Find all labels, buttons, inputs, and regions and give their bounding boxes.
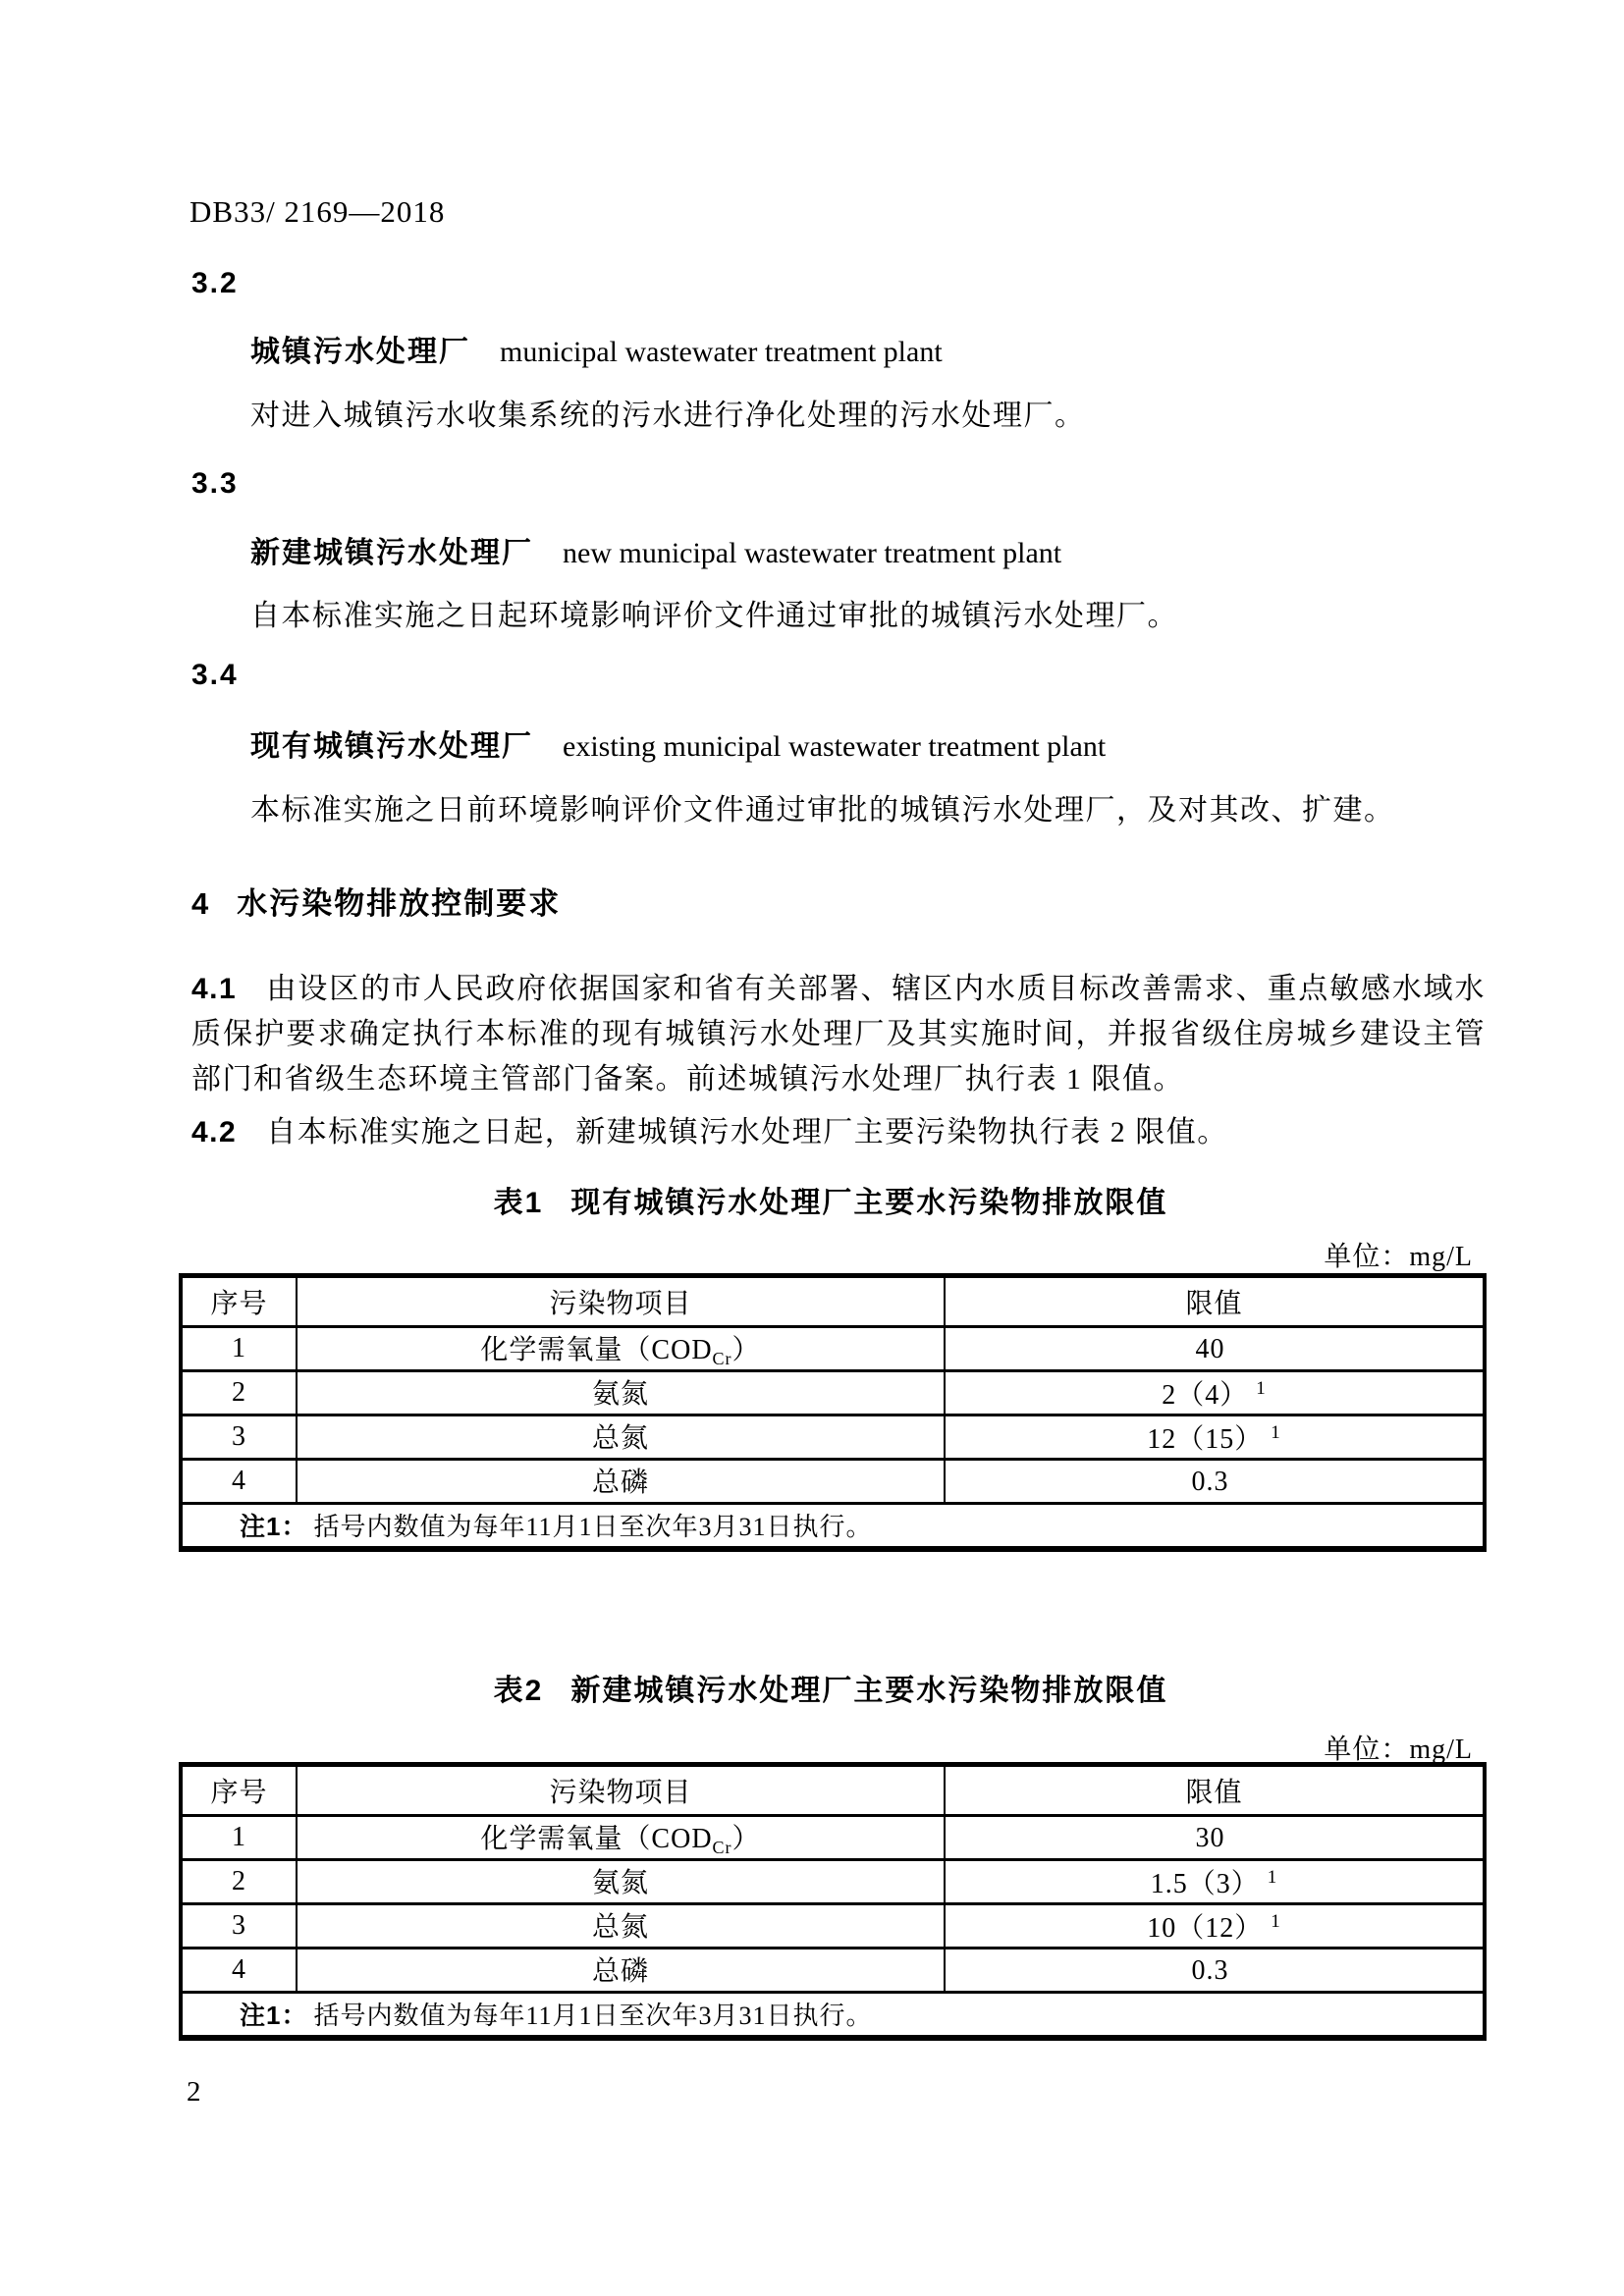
col-header-limit: 限值 xyxy=(945,1276,1485,1327)
col-header-limit: 限值 xyxy=(945,1765,1485,1816)
cell-limit: 40 xyxy=(945,1327,1485,1371)
cell-limit: 0.3 xyxy=(945,1949,1485,1993)
table-note: 注1：括号内数值为每年11月1日至次年3月31日执行。 xyxy=(181,1993,1485,2038)
cell-pollutant: 总磷 xyxy=(297,1949,945,1993)
clause-text: 自本标准实施之日起，新建城镇污水处理厂主要污染物执行表 2 限值。 xyxy=(266,1116,1228,1148)
section-number-3-3: 3.3 xyxy=(191,467,239,501)
chapter-number: 4 xyxy=(191,886,210,921)
cell-limit: 1.5（3）1 xyxy=(945,1860,1485,1904)
table1-title: 表1现有城镇污水处理厂主要水污染物排放限值 xyxy=(179,1178,1483,1221)
clause-number: 4.1 xyxy=(191,973,237,1005)
standard-code: DB33/ 2169—2018 xyxy=(189,194,445,230)
cell-limit: 2（4）1 xyxy=(945,1371,1485,1415)
col-header-pollutant: 污染物项目 xyxy=(297,1276,945,1327)
term-en: new municipal wastewater treatment plant xyxy=(563,537,1061,569)
cell-limit: 0.3 xyxy=(945,1460,1485,1504)
term-zh: 新建城镇污水处理厂 xyxy=(250,537,533,569)
chapter-title: 水污染物排放控制要求 xyxy=(237,886,561,921)
table-row: 1 化学需氧量（CODCr） 40 xyxy=(181,1327,1485,1371)
cell-limit: 30 xyxy=(945,1816,1485,1860)
table1-header-row: 序号 污染物项目 限值 xyxy=(181,1276,1485,1327)
table1-existing-plants-limits: 序号 污染物项目 限值 1 化学需氧量（CODCr） 40 2 氨氮 2（4）1… xyxy=(179,1273,1487,1552)
table1-title-text: 现有城镇污水处理厂主要水污染物排放限值 xyxy=(570,1187,1167,1219)
table-note: 注1：括号内数值为每年11月1日至次年3月31日执行。 xyxy=(181,1504,1485,1549)
page-number: 2 xyxy=(187,2076,201,2109)
cell-limit: 12（15）1 xyxy=(945,1415,1485,1460)
cell-seq: 4 xyxy=(181,1949,297,1993)
cell-pollutant: 总氮 xyxy=(297,1415,945,1460)
table2-note-row: 注1：括号内数值为每年11月1日至次年3月31日执行。 xyxy=(181,1993,1485,2038)
definition-3-2: 对进入城镇污水收集系统的污水进行净化处理的污水处理厂。 xyxy=(250,391,1086,434)
clause-4-1: 4.1由设区的市人民政府依据国家和省有关部署、辖区内水质目标改善需求、重点敏感水… xyxy=(191,967,1486,1102)
cell-seq: 2 xyxy=(181,1371,297,1415)
table-row: 3 总氮 12（15）1 xyxy=(181,1415,1485,1460)
term-line-3-3: 新建城镇污水处理厂new municipal wastewater treatm… xyxy=(250,528,1061,571)
table-row: 2 氨氮 2（4）1 xyxy=(181,1371,1485,1415)
col-header-seq: 序号 xyxy=(181,1765,297,1816)
col-header-pollutant: 污染物项目 xyxy=(297,1765,945,1816)
table-row: 3 总氮 10（12）1 xyxy=(181,1904,1485,1949)
table2-new-plants-limits: 序号 污染物项目 限值 1 化学需氧量（CODCr） 30 2 氨氮 1.5（3… xyxy=(179,1762,1487,2041)
clause-4-2: 4.2自本标准实施之日起，新建城镇污水处理厂主要污染物执行表 2 限值。 xyxy=(191,1110,1486,1155)
cell-pollutant: 氨氮 xyxy=(297,1860,945,1904)
table-row: 1 化学需氧量（CODCr） 30 xyxy=(181,1816,1485,1860)
table1-unit: 单位：mg/L xyxy=(179,1235,1483,1274)
clause-text: 由设区的市人民政府依据国家和省有关部署、辖区内水质目标改善需求、重点敏感水域水质… xyxy=(191,973,1486,1095)
cell-pollutant: 化学需氧量（CODCr） xyxy=(297,1327,945,1371)
section-number-3-2: 3.2 xyxy=(191,267,239,300)
cell-seq: 1 xyxy=(181,1327,297,1371)
cell-limit: 10（12）1 xyxy=(945,1904,1485,1949)
document-page: DB33/ 2169—2018 3.2 城镇污水处理厂municipal was… xyxy=(0,0,1624,2296)
cell-seq: 2 xyxy=(181,1860,297,1904)
table2-unit: 单位：mg/L xyxy=(179,1728,1483,1767)
term-en: existing municipal wastewater treatment … xyxy=(563,730,1106,763)
table1-title-label: 表1 xyxy=(494,1187,544,1219)
cell-seq: 4 xyxy=(181,1460,297,1504)
cell-seq: 3 xyxy=(181,1415,297,1460)
term-line-3-2: 城镇污水处理厂municipal wastewater treatment pl… xyxy=(250,327,943,370)
term-zh: 现有城镇污水处理厂 xyxy=(250,730,533,763)
term-line-3-4: 现有城镇污水处理厂existing municipal wastewater t… xyxy=(250,721,1106,765)
table2-title-label: 表2 xyxy=(494,1675,544,1707)
term-zh: 城镇污水处理厂 xyxy=(250,336,470,368)
table1-note-row: 注1：括号内数值为每年11月1日至次年3月31日执行。 xyxy=(181,1504,1485,1549)
col-header-seq: 序号 xyxy=(181,1276,297,1327)
definition-3-3: 自本标准实施之日起环境影响评价文件通过审批的城镇污水处理厂。 xyxy=(250,591,1178,634)
cell-pollutant: 氨氮 xyxy=(297,1371,945,1415)
definition-3-4: 本标准实施之日前环境影响评价文件通过审批的城镇污水处理厂，及对其改、扩建。 xyxy=(250,785,1395,828)
cell-pollutant: 化学需氧量（CODCr） xyxy=(297,1816,945,1860)
cell-seq: 1 xyxy=(181,1816,297,1860)
cell-seq: 3 xyxy=(181,1904,297,1949)
table2-title-text: 新建城镇污水处理厂主要水污染物排放限值 xyxy=(570,1675,1167,1707)
table-row: 2 氨氮 1.5（3）1 xyxy=(181,1860,1485,1904)
table-row: 4 总磷 0.3 xyxy=(181,1460,1485,1504)
chapter-heading: 4水污染物排放控制要求 xyxy=(191,879,561,923)
table-row: 4 总磷 0.3 xyxy=(181,1949,1485,1993)
term-en: municipal wastewater treatment plant xyxy=(500,336,943,368)
table2-title: 表2新建城镇污水处理厂主要水污染物排放限值 xyxy=(179,1666,1483,1709)
section-number-3-4: 3.4 xyxy=(191,659,239,692)
clause-number: 4.2 xyxy=(191,1116,237,1148)
cell-pollutant: 总氮 xyxy=(297,1904,945,1949)
cell-pollutant: 总磷 xyxy=(297,1460,945,1504)
table2-header-row: 序号 污染物项目 限值 xyxy=(181,1765,1485,1816)
